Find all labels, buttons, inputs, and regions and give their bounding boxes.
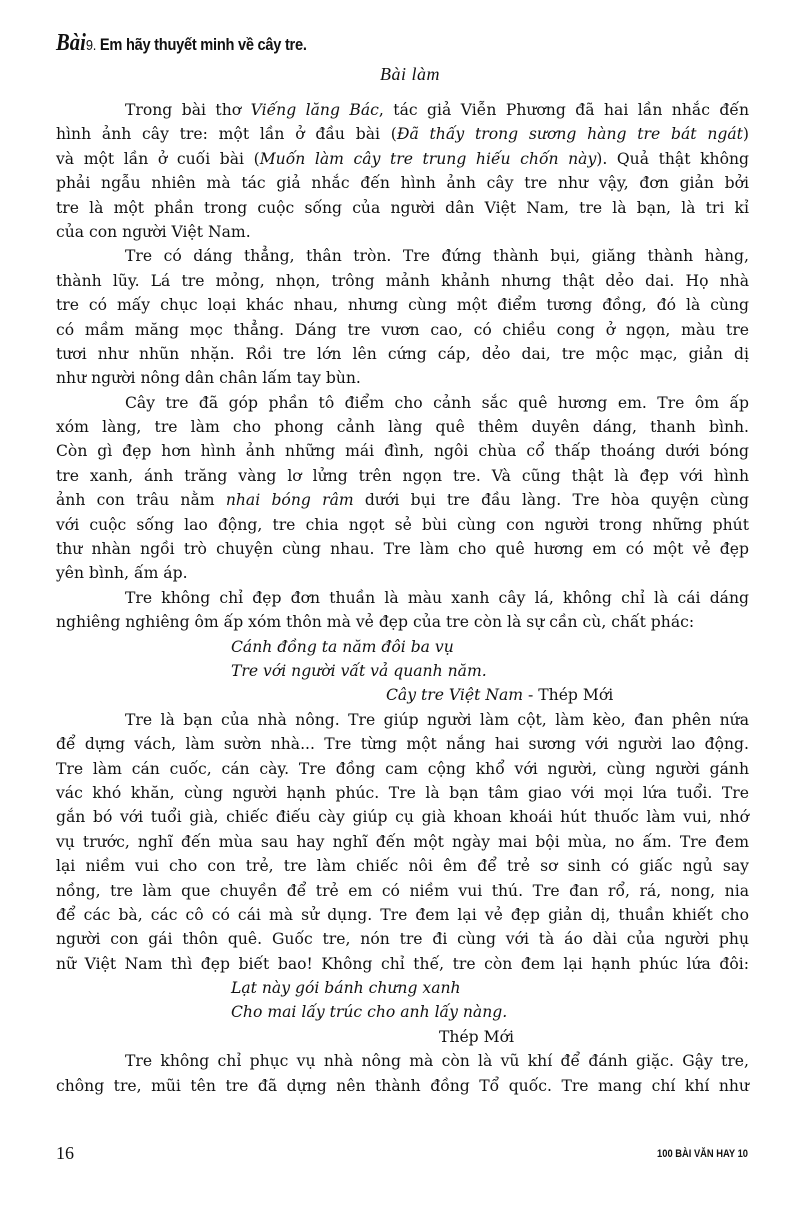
paragraph-1: Trong bài thơ Viếng lăng Bác, tác giả Vi… xyxy=(56,98,749,244)
citation-author: Thép Mới xyxy=(538,686,613,704)
verse-citation: Cây tre Việt Nam - Thép Mới xyxy=(56,683,749,707)
text-line: nồng, tre làm que chuyền để trẻ em có ni… xyxy=(56,879,749,903)
book-page: Bài9. Em hãy thuyết minh về cây tre. Bài… xyxy=(0,0,800,1216)
essay-subtitle: Bài làm xyxy=(0,64,800,85)
verse-line: Cánh đồng ta năm đôi ba vụ xyxy=(56,635,749,659)
text-line: để dựng vách, làm sườn nhà... Tre từng m… xyxy=(56,732,749,756)
text-line: lại niềm vui cho con trẻ, tre làm chiếc … xyxy=(56,854,749,878)
exercise-number: 9. xyxy=(86,37,96,54)
text-line: Tre không chỉ phục vụ nhà nông mà còn là… xyxy=(56,1049,749,1073)
exercise-prefix: Bài xyxy=(56,30,86,56)
text-line: phải ngẫu nhiên mà tác giả nhắc đến hình… xyxy=(56,171,749,195)
text-line: Tre là bạn của nhà nông. Tre giúp người … xyxy=(56,708,749,732)
text-line: nghiêng nghiêng ôm ấp xóm thôn mà vẻ đẹp… xyxy=(56,610,749,634)
text-line: vụ trước, nghĩ đến mùa sau hay nghĩ đến … xyxy=(56,830,749,854)
verse-quote-2: Lạt này gói bánh chưng xanh Cho mai lấy … xyxy=(56,976,749,1049)
verse-quote-1: Cánh đồng ta năm đôi ba vụ Tre với người… xyxy=(56,635,749,708)
text-line: Tre không chỉ đẹp đơn thuần là màu xanh … xyxy=(56,586,749,610)
citation-work: Cây tre Việt Nam xyxy=(386,686,523,704)
citation-author: Thép Mới xyxy=(56,1025,749,1049)
text-line: Tre làm cán cuốc, cán cày. Tre đồng cam … xyxy=(56,757,749,781)
text-line: người con gái thôn quê. Guốc tre, nón tr… xyxy=(56,927,749,951)
text-line: và một lần ở cuối bài (Muốn làm cây tre … xyxy=(56,147,749,171)
essay-paragraphs-1-4: Trong bài thơ Viếng lăng Bác, tác giả Vi… xyxy=(56,98,749,635)
text-line: yên bình, ấm áp. xyxy=(56,561,749,585)
paragraph-4: Tre không chỉ đẹp đơn thuần là màu xanh … xyxy=(56,586,749,635)
text-line: để các bà, các cô có cái mà sử dụng. Tre… xyxy=(56,903,749,927)
citation-separator: - xyxy=(523,686,538,704)
verse-line: Tre với người vất vả quanh năm. xyxy=(56,659,749,683)
text-line: tre có mấy chục loại khác nhau, nhưng cù… xyxy=(56,293,749,317)
paragraph-2: Tre có dáng thẳng, thân tròn. Tre đứng t… xyxy=(56,244,749,390)
text-line: Còn gì đẹp hơn hình ảnh những mái đình, … xyxy=(56,439,749,463)
text-line: tre là một phần trong cuộc sống của ngườ… xyxy=(56,196,749,220)
text-line: ảnh con trâu nằm nhai bóng râm dưới bụi … xyxy=(56,488,749,512)
text-line: xóm làng, tre làm cho phong cảnh làng qu… xyxy=(56,415,749,439)
paragraph-5: Tre là bạn của nhà nông. Tre giúp người … xyxy=(56,708,749,976)
exercise-title: Em hãy thuyết minh về cây tre. xyxy=(100,35,307,54)
text-line: tre xanh, ánh trăng vàng lơ lửng trên ng… xyxy=(56,464,749,488)
text-line: chông tre, mũi tên tre đã dựng nên thành… xyxy=(56,1074,749,1098)
paragraph-6: Tre không chỉ phục vụ nhà nông mà còn là… xyxy=(56,1049,749,1098)
italic-title: Muốn làm cây tre trung hiếu chốn này xyxy=(260,150,597,168)
text-line: Cây tre đã góp phần tô điểm cho cảnh sắc… xyxy=(56,391,749,415)
exercise-heading: Bài9. Em hãy thuyết minh về cây tre. xyxy=(56,30,307,57)
verse-line: Lạt này gói bánh chưng xanh xyxy=(56,976,749,1000)
text-line: vác khó khăn, cùng người hạnh phúc. Tre … xyxy=(56,781,749,805)
essay-body: Trong bài thơ Viếng lăng Bác, tác giả Vi… xyxy=(56,98,749,1098)
text-line: như người nông dân chân lấm tay bùn. xyxy=(56,366,749,390)
text-line: của con người Việt Nam. xyxy=(56,220,749,244)
text-line: thư nhàn ngồi trò chuyện cùng nhau. Tre … xyxy=(56,537,749,561)
text-line: gắn bó với tuổi già, chiếc điếu cày giúp… xyxy=(56,805,749,829)
text-line: Tre có dáng thẳng, thân tròn. Tre đứng t… xyxy=(56,244,749,268)
text-line: Trong bài thơ Viếng lăng Bác, tác giả Vi… xyxy=(56,98,749,122)
text-line: với cuộc sống lao động, tre chia ngọt sẻ… xyxy=(56,513,749,537)
text-line: thành lũy. Lá tre mỏng, nhọn, trông mảnh… xyxy=(56,269,749,293)
italic-title: nhai bóng râm xyxy=(226,491,354,509)
page-number: 16 xyxy=(56,1143,74,1164)
text-line: tươi như nhũn nhặn. Rồi tre lớn lên cứng… xyxy=(56,342,749,366)
text-line: hình ảnh cây tre: một lần ở đầu bài (Đã … xyxy=(56,122,749,146)
italic-title: Đã thấy trong sương hàng tre bát ngát xyxy=(397,125,743,143)
text-line: có mầm măng mọc thẳng. Dáng tre vươn cao… xyxy=(56,318,749,342)
italic-title: Viếng lăng Bác xyxy=(251,101,379,119)
verse-line: Cho mai lấy trúc cho anh lấy nàng. xyxy=(56,1000,749,1024)
paragraph-3: Cây tre đã góp phần tô điểm cho cảnh sắc… xyxy=(56,391,749,586)
running-footer-book-title: 100 BÀI VĂN HAY 10 xyxy=(657,1148,748,1160)
text-line: nữ Việt Nam thì đẹp biết bao! Không chỉ … xyxy=(56,952,749,976)
